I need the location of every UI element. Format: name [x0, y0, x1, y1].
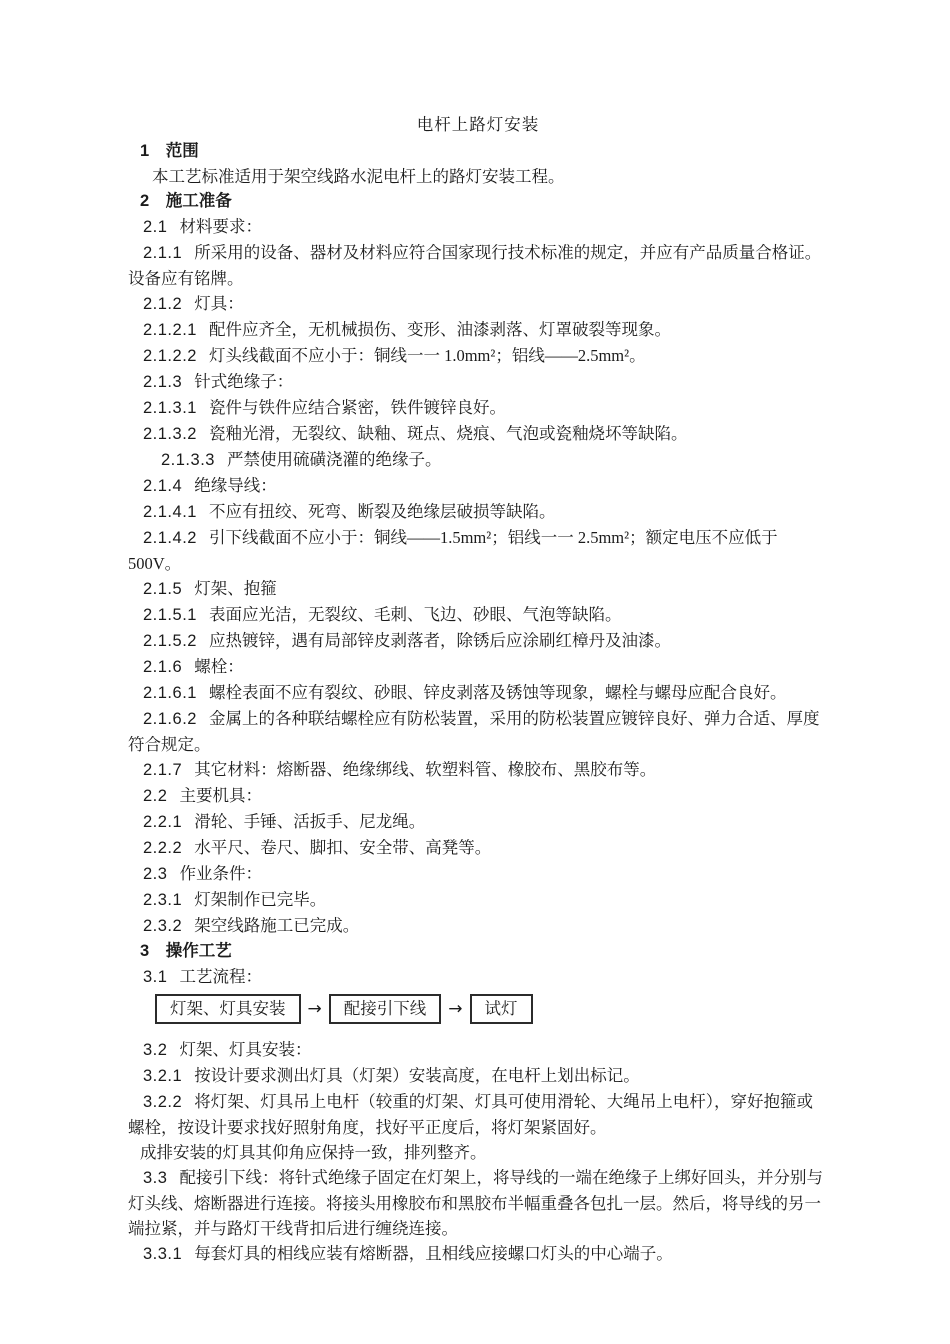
flow-step-2: 配接引下线 — [329, 994, 442, 1024]
flow-arrow-icon: → — [308, 999, 322, 1019]
clause-2.3: 2.3作业条件： — [128, 861, 828, 887]
clause-text: 绝缘导线： — [194, 476, 277, 495]
clause-number: 2.1.2.1 — [143, 321, 197, 339]
clause-text: 螺栓： — [194, 657, 244, 676]
clause-2.1.6.2: 2.1.6.2金属上的各种联结螺栓应有防松装置，采用的防松装置应镀锌良好、弹力合… — [128, 706, 828, 757]
clause-number: 2.3 — [143, 865, 167, 883]
clause-number: 2.1.1 — [143, 244, 182, 262]
clause-2.3.2: 2.3.2架空线路施工已完成。 — [128, 913, 828, 939]
document-page: 电杆上路灯安装1范围本工艺标准适用于架空线路水泥电杆上的路灯安装工程。2施工准备… — [0, 0, 950, 1344]
clause-number: 3.2.2 — [143, 1093, 182, 1111]
clause-2.1.5: 2.1.5灯架、抱箍 — [128, 576, 828, 602]
clause-2.1.3.3: 2.1.3.3严禁使用硫磺浇灌的绝缘子。 — [128, 447, 828, 473]
clause-text: 配接引下线：将针式绝缘子固定在灯架上，将导线的一端在绝缘子上绑好回头，并分别与灯… — [128, 1168, 823, 1238]
clause-text: 范围 — [166, 142, 199, 160]
paragraph: 本工艺标准适用于架空线路水泥电杆上的路灯安装工程。 — [128, 164, 828, 189]
clause-text: 材料要求： — [179, 217, 262, 236]
clause-text: 工艺流程： — [179, 967, 262, 986]
clause-2.1.6: 2.1.6螺栓： — [128, 654, 828, 680]
clause-number: 3.2 — [143, 1041, 167, 1059]
clause-text: 灯架、抱箍 — [194, 579, 277, 598]
clause-2.1.5.1: 2.1.5.1表面应光洁，无裂纹、毛刺、飞边、砂眼、气泡等缺陷。 — [128, 602, 828, 628]
flow-step-3: 试灯 — [470, 994, 533, 1024]
clause-text: 作业条件： — [179, 864, 262, 883]
clause-number: 2.3.1 — [143, 891, 182, 909]
clause-text: 将灯架、灯具吊上电杆（较重的灯架、灯具可使用滑轮、大绳吊上电杆），穿好抱箍或螺栓… — [128, 1092, 813, 1137]
clause-2.1.7: 2.1.7其它材料：熔断器、绝缘绑线、软塑料管、橡胶布、黑胶布等。 — [128, 757, 828, 783]
section-heading-3: 3操作工艺 — [128, 939, 828, 964]
clause-text: 其它材料：熔断器、绝缘绑线、软塑料管、橡胶布、黑胶布等。 — [194, 760, 656, 779]
clause-number: 2.1.5 — [143, 580, 182, 598]
clause-number: 2.1.6 — [143, 658, 182, 676]
clause-text: 水平尺、卷尺、脚扣、安全带、高凳等。 — [194, 838, 491, 857]
clause-number: 2.1.4.2 — [143, 529, 197, 547]
clause-number: 2.1.3.2 — [143, 425, 197, 443]
clause-number: 1 — [140, 142, 150, 160]
clause-text: 灯头线截面不应小于：铜线一一 1.0mm²；铝线——2.5mm²。 — [209, 346, 646, 365]
clause-number: 2.3.2 — [143, 917, 182, 935]
flow-step-1: 灯架、灯具安装 — [155, 994, 301, 1024]
clause-2.2: 2.2主要机具： — [128, 783, 828, 809]
clause-2.3.1: 2.3.1灯架制作已完毕。 — [128, 887, 828, 913]
clause-2.1.3.1: 2.1.3.1瓷件与铁件应结合紧密，铁件镀锌良好。 — [128, 395, 828, 421]
clause-text: 所采用的设备、器材及材料应符合国家现行技术标准的规定，并应有产品质量合格证。设备… — [128, 243, 821, 288]
clause-number: 2.1.4 — [143, 477, 182, 495]
clause-number: 2.1.3 — [143, 373, 182, 391]
clause-text: 严禁使用硫磺浇灌的绝缘子。 — [227, 450, 442, 469]
clause-2.1.4.2: 2.1.4.2引下线截面不应小于：铜线——1.5mm²；铝线一一 2.5mm²；… — [128, 525, 828, 576]
clause-number: 2.2 — [143, 787, 167, 805]
clause-text: 金属上的各种联结螺栓应有防松装置，采用的防松装置应镀锌良好、弹力合适、厚度符合规… — [128, 709, 819, 754]
clause-2.1.1: 2.1.1所采用的设备、器材及材料应符合国家现行技术标准的规定，并应有产品质量合… — [128, 240, 828, 291]
clause-2.2.1: 2.2.1滑轮、手锤、活扳手、尼龙绳。 — [128, 809, 828, 835]
clause-number: 2.1.6.2 — [143, 710, 197, 728]
clause-text: 瓷件与铁件应结合紧密，铁件镀锌良好。 — [209, 398, 506, 417]
clause-text: 主要机具： — [179, 786, 262, 805]
clause-number: 3 — [140, 942, 150, 960]
clause-3.2.1: 3.2.1按设计要求测出灯具（灯架）安装高度，在电杆上划出标记。 — [128, 1063, 828, 1089]
clause-number: 2.1.7 — [143, 761, 182, 779]
clause-text: 滑轮、手锤、活扳手、尼龙绳。 — [194, 812, 425, 831]
clause-number: 2.1.2 — [143, 295, 182, 313]
clause-2.1: 2.1材料要求： — [128, 214, 828, 240]
clause-number: 2 — [140, 192, 150, 210]
clause-text: 引下线截面不应小于：铜线——1.5mm²；铝线一一 2.5mm²；额定电压不应低… — [128, 528, 778, 573]
clause-2.1.4.1: 2.1.4.1不应有扭绞、死弯、断裂及绝缘层破损等缺陷。 — [128, 499, 828, 525]
clause-number: 3.2.1 — [143, 1067, 182, 1085]
clause-number: 2.2.2 — [143, 839, 182, 857]
clause-number: 2.1.3.3 — [161, 451, 215, 469]
clause-text: 架空线路施工已完成。 — [194, 916, 359, 935]
clause-number: 3.3 — [143, 1169, 167, 1187]
clause-2.1.4: 2.1.4绝缘导线： — [128, 473, 828, 499]
clause-number: 2.1.2.2 — [143, 347, 197, 365]
clause-text: 表面应光洁，无裂纹、毛刺、飞边、砂眼、气泡等缺陷。 — [209, 605, 622, 624]
clause-number: 2.1.4.1 — [143, 503, 197, 521]
clause-text: 施工准备 — [166, 192, 232, 210]
clause-3.3: 3.3配接引下线：将针式绝缘子固定在灯架上，将导线的一端在绝缘子上绑好回头，并分… — [128, 1165, 828, 1241]
process-flow-diagram: 灯架、灯具安装→配接引下线→试灯 — [155, 994, 828, 1024]
clause-text: 针式绝缘子： — [194, 372, 293, 391]
clause-number: 2.1.3.1 — [143, 399, 197, 417]
clause-number: 3.3.1 — [143, 1245, 182, 1263]
clause-2.1.2.1: 2.1.2.1配件应齐全，无机械损伤、变形、油漆剥落、灯罩破裂等现象。 — [128, 317, 828, 343]
clause-2.2.2: 2.2.2水平尺、卷尺、脚扣、安全带、高凳等。 — [128, 835, 828, 861]
paragraph: 成排安装的灯具其仰角应保持一致，排列整齐。 — [128, 1140, 828, 1165]
flow-arrow-icon: → — [448, 999, 462, 1019]
clause-3.2.2: 3.2.2将灯架、灯具吊上电杆（较重的灯架、灯具可使用滑轮、大绳吊上电杆），穿好… — [128, 1089, 828, 1140]
clause-2.1.2.2: 2.1.2.2灯头线截面不应小于：铜线一一 1.0mm²；铝线——2.5mm²。 — [128, 343, 828, 369]
clause-3.1: 3.1工艺流程： — [128, 964, 828, 990]
clause-number: 2.1.6.1 — [143, 684, 197, 702]
clause-text: 螺栓表面不应有裂纹、砂眼、锌皮剥落及锈蚀等现象，螺栓与螺母应配合良好。 — [209, 683, 787, 702]
clause-2.1.3: 2.1.3针式绝缘子： — [128, 369, 828, 395]
clause-3.2: 3.2灯架、灯具安装： — [128, 1037, 828, 1063]
clause-number: 2.2.1 — [143, 813, 182, 831]
clause-text: 瓷釉光滑，无裂纹、缺釉、斑点、烧痕、气泡或瓷釉烧坏等缺陷。 — [209, 424, 688, 443]
clause-number: 3.1 — [143, 968, 167, 986]
clause-number: 2.1.5.1 — [143, 606, 197, 624]
clause-2.1.2: 2.1.2灯具： — [128, 291, 828, 317]
clause-text: 灯架制作已完毕。 — [194, 890, 326, 909]
clause-number: 2.1.5.2 — [143, 632, 197, 650]
clause-text: 每套灯具的相线应装有熔断器，且相线应接螺口灯头的中心端子。 — [194, 1244, 673, 1263]
clause-text: 配件应齐全，无机械损伤、变形、油漆剥落、灯罩破裂等现象。 — [209, 320, 671, 339]
clause-text: 不应有扭绞、死弯、断裂及绝缘层破损等缺陷。 — [209, 502, 556, 521]
doc-title: 电杆上路灯安装 — [128, 112, 828, 137]
clause-text: 灯架、灯具安装： — [179, 1040, 311, 1059]
clause-text: 灯具： — [194, 294, 244, 313]
clause-text: 应热镀锌，遇有局部锌皮剥落者，除锈后应涂刷红樟丹及油漆。 — [209, 631, 671, 650]
clause-text: 按设计要求测出灯具（灯架）安装高度，在电杆上划出标记。 — [194, 1066, 640, 1085]
clause-2.1.3.2: 2.1.3.2瓷釉光滑，无裂纹、缺釉、斑点、烧痕、气泡或瓷釉烧坏等缺陷。 — [128, 421, 828, 447]
clause-2.1.5.2: 2.1.5.2应热镀锌，遇有局部锌皮剥落者，除锈后应涂刷红樟丹及油漆。 — [128, 628, 828, 654]
clause-text: 操作工艺 — [166, 942, 232, 960]
clause-2.1.6.1: 2.1.6.1螺栓表面不应有裂纹、砂眼、锌皮剥落及锈蚀等现象，螺栓与螺母应配合良… — [128, 680, 828, 706]
section-heading-2: 2施工准备 — [128, 189, 828, 214]
clause-3.3.1: 3.3.1每套灯具的相线应装有熔断器，且相线应接螺口灯头的中心端子。 — [128, 1241, 828, 1267]
section-heading-1: 1范围 — [128, 139, 828, 164]
clause-number: 2.1 — [143, 218, 167, 236]
